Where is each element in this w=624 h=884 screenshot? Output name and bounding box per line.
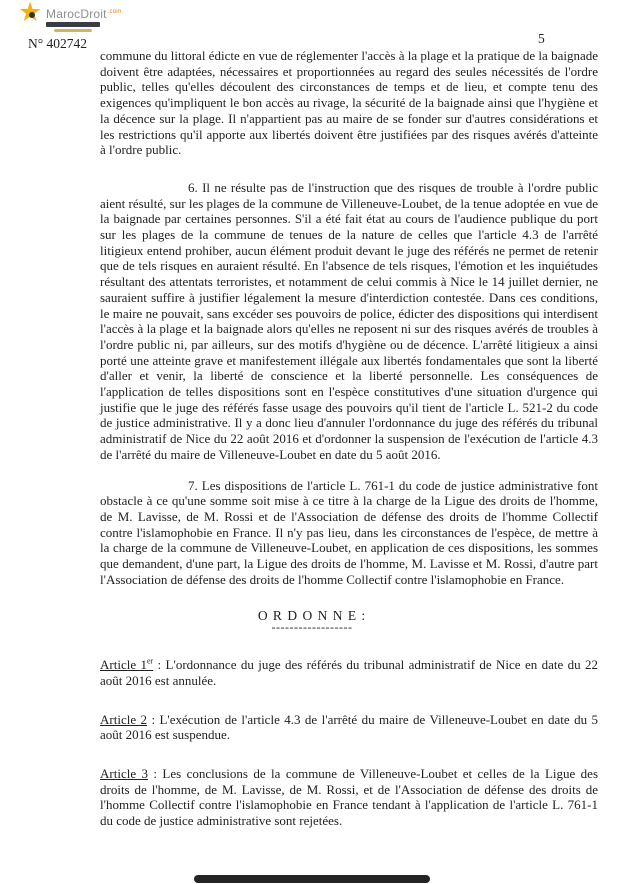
article-1-text: : L'ordonnance du juge des référés du tr… xyxy=(100,657,598,688)
body-paragraph-7: 7. Les dispositions de l'article L. 761-… xyxy=(100,478,598,588)
article-3-label-text: Article 3 xyxy=(100,766,148,781)
article-2: Article 2 : L'exécution de l'article 4.3… xyxy=(100,712,598,743)
star-icon: ★ xyxy=(20,3,46,31)
marocdroit-logo: ★ MarocDroit.com xyxy=(20,3,122,32)
article-2-text: : L'exécution de l'article 4.3 de l'arrê… xyxy=(100,712,598,743)
article-1-label-text: Article 1 xyxy=(100,657,147,672)
article-3-label: Article 3 xyxy=(100,766,148,781)
home-indicator[interactable] xyxy=(194,875,430,883)
body-paragraph-continuation: commune du littoral édicte en vue de rég… xyxy=(100,48,598,158)
document-page: ★ MarocDroit.com N° 402742 5 commune du … xyxy=(0,0,624,884)
article-3: Article 3 : Les conclusions de la commun… xyxy=(100,766,598,829)
document-body: commune du littoral édicte en vue de rég… xyxy=(100,48,598,829)
logo-brand-text: MarocDroit xyxy=(46,7,107,21)
star-center-dot xyxy=(29,12,35,18)
logo-brand-line: MarocDroit.com xyxy=(46,6,122,20)
article-2-label-text: Article 2 xyxy=(100,712,147,727)
ordonne-underline: ------------------ xyxy=(63,623,561,631)
article-2-label: Article 2 xyxy=(100,712,147,727)
logo-banner-strip xyxy=(46,22,100,27)
logo-tld: .com xyxy=(108,9,122,15)
article-1-label: Article 1er xyxy=(100,657,153,672)
logo-arabic-tagline xyxy=(54,29,92,32)
article-3-text: : Les conclusions de la commune de Ville… xyxy=(100,766,598,828)
logo-text-block: MarocDroit.com xyxy=(46,3,122,32)
page-number: 5 xyxy=(538,31,545,47)
body-paragraph-6: 6. Il ne résulte pas de l'instruction qu… xyxy=(100,180,598,463)
article-1: Article 1er : L'ordonnance du juge des r… xyxy=(100,657,598,688)
case-number: N° 402742 xyxy=(28,36,87,52)
ordonne-section: O R D O N N E : ------------------ xyxy=(63,608,561,632)
